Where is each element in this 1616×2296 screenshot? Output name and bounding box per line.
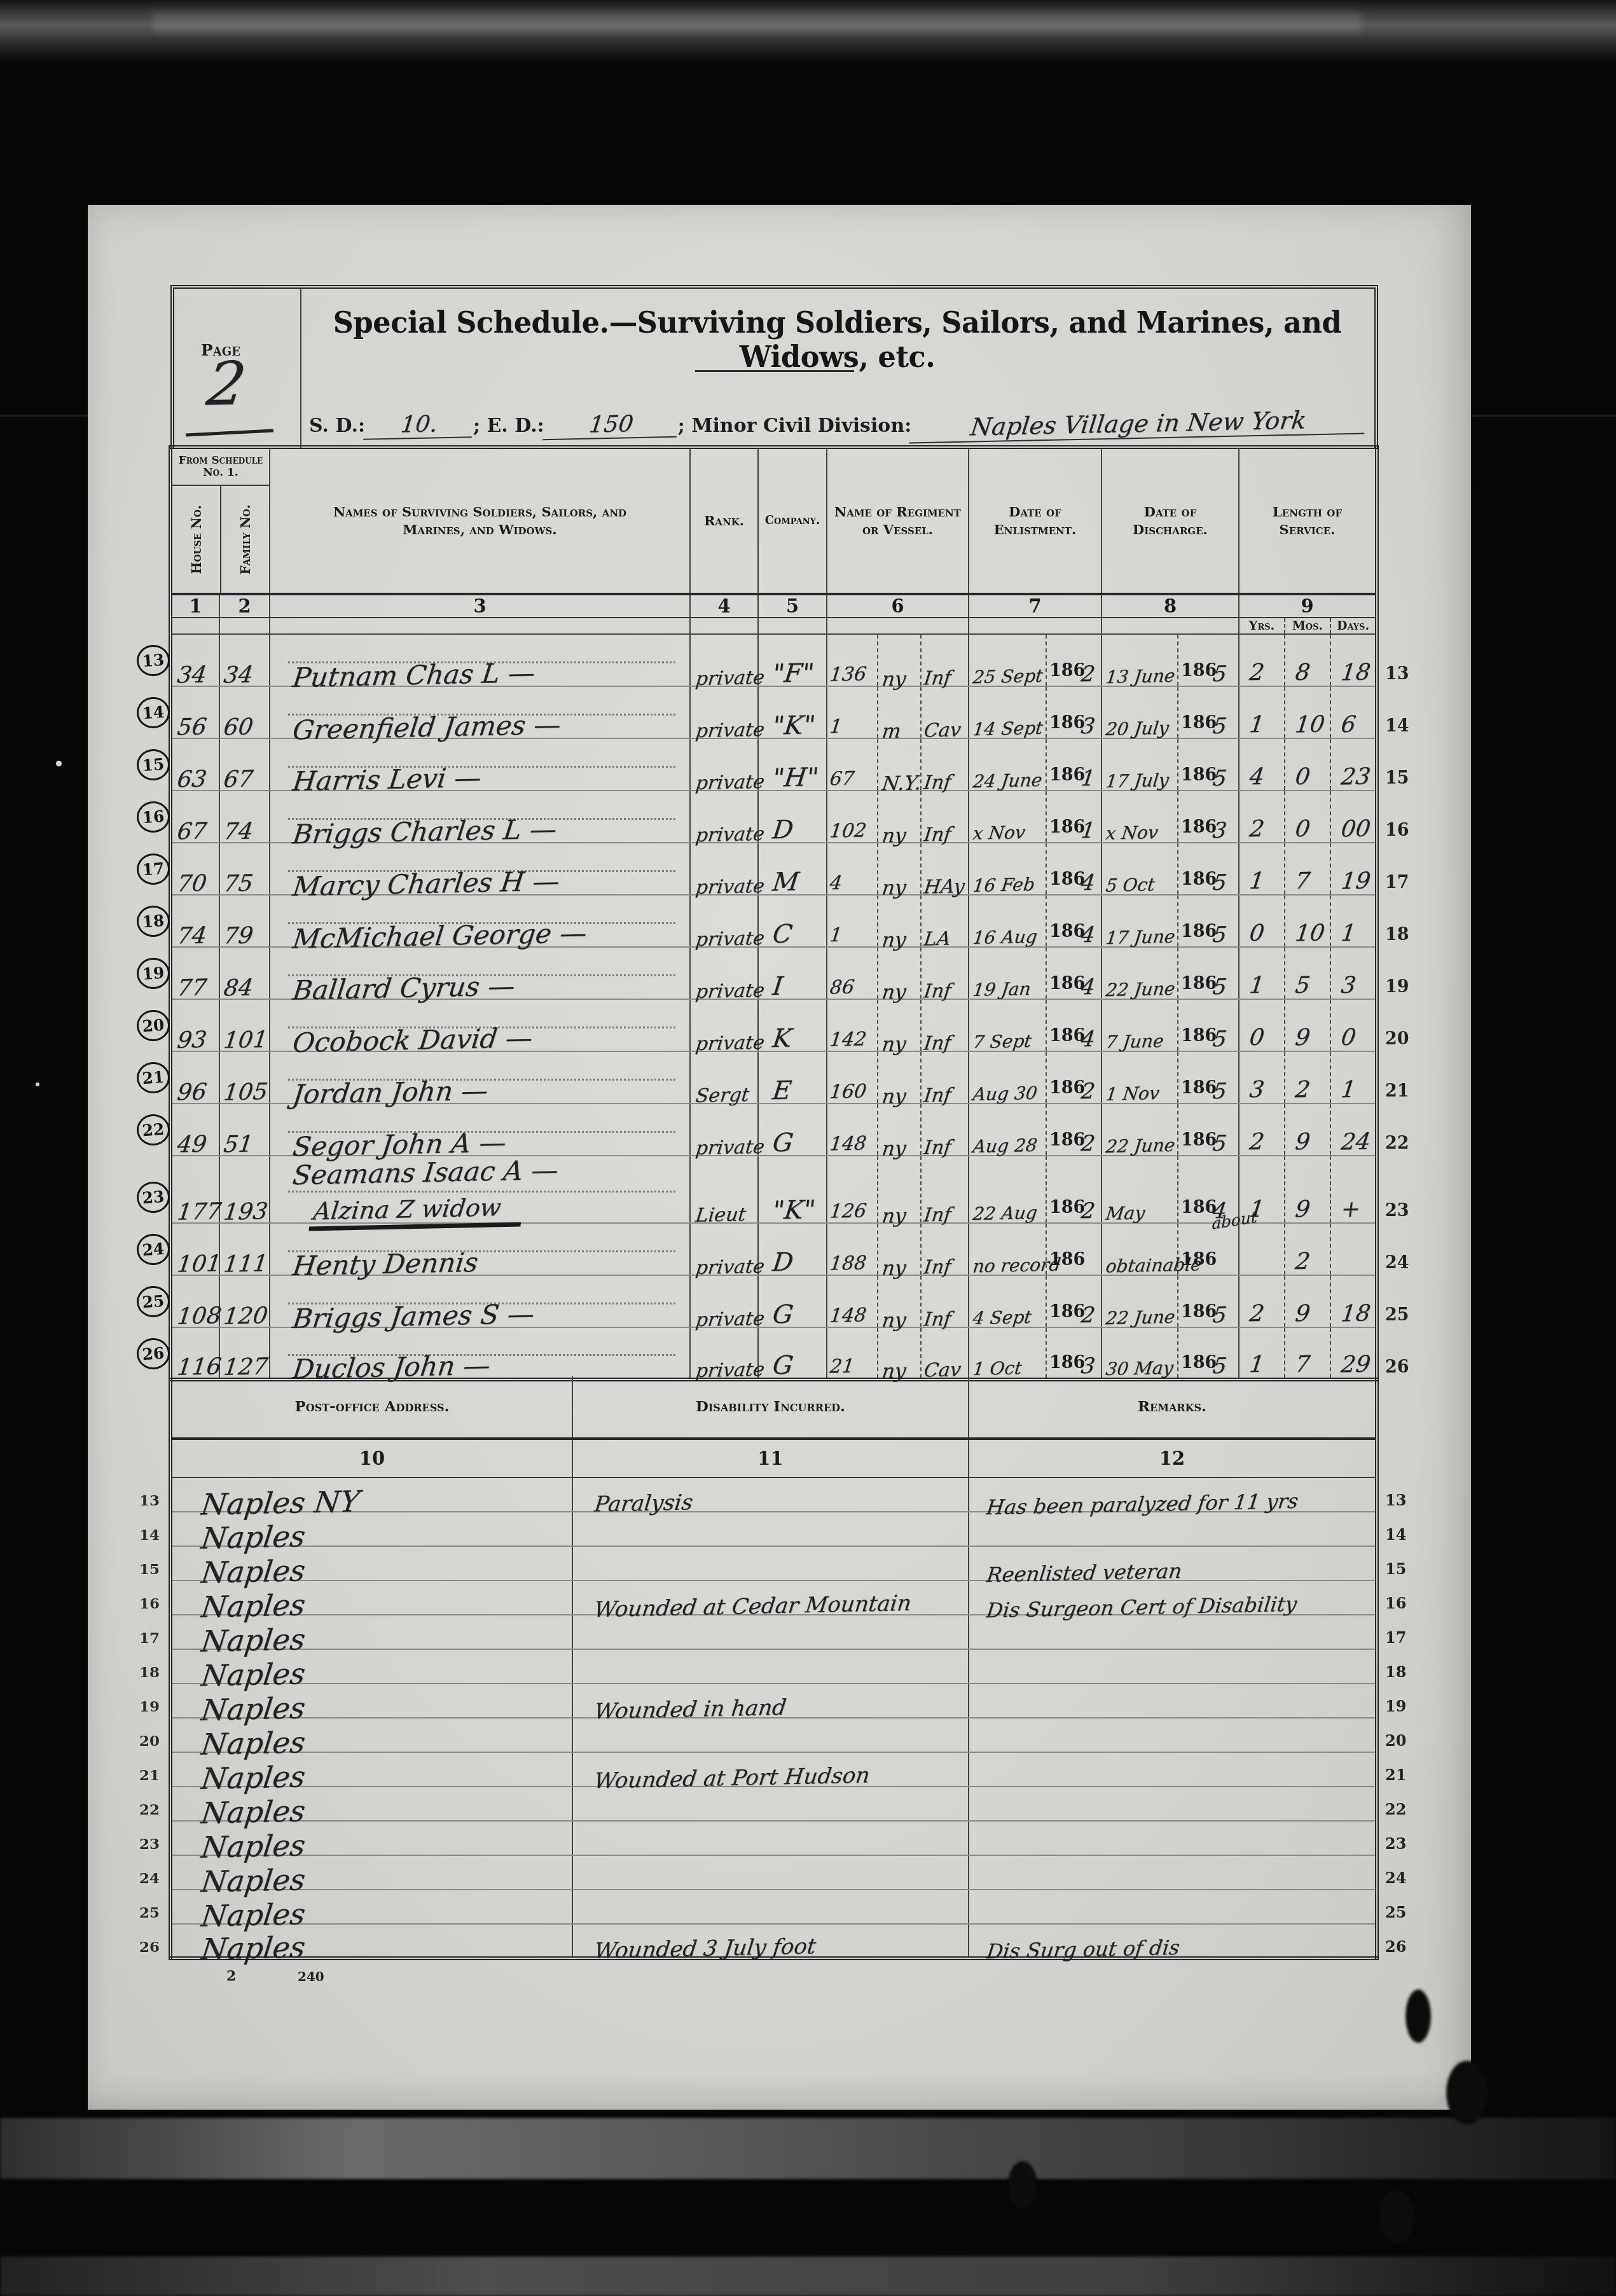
row-number-right: 20 — [1385, 1731, 1406, 1750]
discharge-date: x Nov — [1105, 822, 1159, 844]
service-days-cell: 18 — [1330, 1275, 1377, 1327]
soldier-name-cell: Greenfield James — — [270, 686, 690, 738]
company: D — [771, 1248, 795, 1278]
enlistment-year-digit: 3 — [1080, 714, 1096, 739]
family-no-cell: 127 — [219, 1327, 270, 1380]
soldier-name-cell: Harris Levi — — [270, 738, 690, 791]
regiment-number-cell: 148 — [827, 1103, 878, 1156]
enlistment-date: 25 Sept — [972, 665, 1044, 688]
house-no: 177 — [176, 1198, 223, 1225]
rank-cell: private — [690, 686, 758, 738]
remarks-cell — [969, 1821, 1377, 1855]
discharge-year-digit: 5 — [1212, 1353, 1228, 1379]
year-prefix: 186 — [1049, 817, 1085, 837]
address-row: 14 Naples 14 — [135, 1512, 1412, 1546]
rank-cell: private — [690, 634, 758, 686]
regiment-state-cell: ny — [878, 947, 921, 999]
regiment-branch-cell: Inf — [921, 1051, 969, 1103]
regiment-state-cell: ny — [878, 1223, 921, 1275]
rank-cell: Sergt — [690, 1051, 758, 1103]
service-years: 2 — [1248, 1301, 1266, 1327]
regiment-number-cell: 102 — [827, 791, 878, 843]
row-number-left: 20 — [139, 1732, 160, 1750]
rank-cell: private — [690, 1327, 758, 1380]
enlistment-day-cell: 22 Aug — [969, 1156, 1046, 1223]
page-number-underline — [186, 429, 273, 436]
post-office-address: Naples — [200, 1930, 308, 1966]
enlistment-day-cell: 14 Sept — [969, 686, 1046, 738]
service-years: 2 — [1248, 816, 1266, 842]
row-number-right: 18 — [1385, 925, 1409, 944]
family-no-cell: 34 — [219, 634, 270, 686]
post-office-address-cell: Naples — [170, 1615, 572, 1649]
service-days-cell: 3 — [1330, 947, 1377, 999]
left-gutter — [135, 447, 170, 634]
service-days: 1 — [1340, 1077, 1358, 1103]
service-months-cell: 2 — [1285, 1051, 1330, 1103]
row-number-left: 21 — [139, 1767, 160, 1784]
house-no-cell: 63 — [170, 738, 219, 791]
discharge-year-cell: 1865 — [1178, 738, 1239, 791]
row-number-right: 21 — [1385, 1766, 1406, 1784]
year-prefix: 186 — [1181, 869, 1217, 889]
soldier-name-cell: Seamans Isaac A — Alzina Z widow — [270, 1156, 690, 1223]
house-no-cell: 93 — [170, 999, 219, 1051]
house-no: 101 — [176, 1250, 223, 1277]
soldier-name-cell: Henty Dennis — [270, 1223, 690, 1275]
enlistment-date: Aug 30 — [972, 1082, 1039, 1105]
row-number-right: 16 — [1385, 1594, 1406, 1612]
family-no: 84 — [222, 975, 254, 1002]
family-no: 67 — [222, 766, 254, 793]
row-number-right: 16 — [1385, 820, 1409, 840]
veteran-row: 15 63 67 Harris Levi — private "H" 67 N.… — [135, 738, 1412, 791]
row-number-circled: 15 — [135, 748, 170, 782]
soldier-name-cell: Putnam Chas L — — [270, 634, 690, 686]
discharge-year-digit: 5 — [1212, 1079, 1228, 1104]
enlistment-date: 24 June — [972, 770, 1044, 792]
form-title: Special Schedule.—Surviving Soldiers, Sa… — [324, 305, 1351, 374]
enlistment-year-cell: 1864 — [1046, 895, 1102, 947]
regiment-number: 148 — [829, 1304, 868, 1327]
year-prefix: 186 — [1049, 765, 1085, 785]
remarks-cell: Dis Surg out of dis — [969, 1924, 1377, 1958]
discharge-year-cell: 1863 — [1178, 791, 1239, 843]
regiment-state-cell: ny — [878, 634, 921, 686]
row-number-right: 13 — [1385, 1491, 1406, 1509]
family-no-cell: 60 — [219, 686, 270, 738]
year-prefix: 186 — [1049, 922, 1085, 941]
discharge-year-digit: 5 — [1212, 1027, 1228, 1052]
page-cell: Page 2 — [174, 289, 301, 449]
veteran-row: 21 96 105 Jordan John — Sergt E 160 ny I… — [135, 1051, 1412, 1103]
service-years-cell: 1 — [1239, 843, 1285, 895]
enlistment-date: 14 Sept — [972, 717, 1044, 740]
enlistment-day-cell: 16 Aug — [969, 895, 1046, 947]
service-days-cell: 1 — [1330, 1051, 1377, 1103]
col-number-1: 1 — [170, 594, 219, 618]
discharge-day-cell: 22 June — [1102, 1275, 1178, 1327]
enlistment-year-cell: 1864 — [1046, 843, 1102, 895]
service-months: 7 — [1294, 1352, 1312, 1378]
scanned-document: Page 2 Special Schedule.—Surviving Soldi… — [0, 0, 1616, 2296]
disability-cell — [572, 1615, 969, 1649]
address-row: 26 Naples Wounded 3 July foot Dis Surg o… — [135, 1924, 1412, 1958]
address-remarks-table: Post-office Address. Disability Incurred… — [135, 1376, 1412, 1960]
house-no: 49 — [176, 1131, 208, 1158]
discharge-year-cell: 1865 — [1178, 1327, 1239, 1380]
discharge-year-digit: 5 — [1212, 1131, 1228, 1156]
service-days-cell: 24 — [1330, 1103, 1377, 1156]
service-days-cell: 6 — [1330, 686, 1377, 738]
post-office-address-cell: Naples — [170, 1855, 572, 1890]
row-number-right: 25 — [1385, 1903, 1406, 1921]
discharge-day-cell: May — [1102, 1156, 1178, 1223]
regiment-number: 67 — [829, 768, 855, 791]
post-office-address-cell: Naples — [170, 1890, 572, 1924]
house-no: 74 — [176, 923, 208, 950]
company-cell: C — [758, 895, 827, 947]
regiment-state-cell: ny — [878, 1103, 921, 1156]
col-number-6: 6 — [827, 594, 969, 618]
row-number-circled: 19 — [135, 957, 170, 990]
enlistment-day-cell: Aug 28 — [969, 1103, 1046, 1156]
company: G — [771, 1128, 795, 1158]
row-number-circled: 24 — [135, 1233, 170, 1266]
row-number-left: 13 — [139, 1492, 160, 1509]
service-months: 9 — [1294, 1025, 1312, 1051]
service-days-cell: 0 — [1330, 999, 1377, 1051]
service-years-cell: 2 — [1239, 1275, 1285, 1327]
disability-cell — [572, 1890, 969, 1924]
discharge-year-cell: 1865 — [1178, 1051, 1239, 1103]
discharge-date: 22 June — [1105, 1135, 1177, 1157]
row-number-left: 17 — [139, 1629, 160, 1647]
company: K — [771, 1024, 793, 1054]
regiment-number-cell: 4 — [827, 843, 878, 895]
house-no: 93 — [176, 1027, 208, 1054]
service-months: 9 — [1294, 1301, 1312, 1327]
service-days: 3 — [1340, 972, 1358, 999]
row-number-circled: 13 — [135, 644, 170, 677]
row-number-right: 17 — [1385, 873, 1409, 892]
mcd-label: ; Minor Civil Division: — [678, 415, 912, 437]
service-months-cell: 10 — [1285, 686, 1330, 738]
house-no: 63 — [176, 766, 208, 793]
enlistment-year-cell: 186 — [1046, 1223, 1102, 1275]
soldier-name: Seamans Isaac A — — [291, 1154, 560, 1191]
rank-cell: private — [690, 1223, 758, 1275]
company-header: Company. — [758, 447, 827, 594]
regiment-number: 188 — [829, 1252, 868, 1275]
enlistment-date: 16 Aug — [972, 926, 1039, 948]
regiment-number-cell: 160 — [827, 1051, 878, 1103]
row-number-left: 14 — [139, 1526, 160, 1544]
discharge-day-cell: 17 July — [1102, 738, 1178, 791]
regiment-state-cell: m — [878, 686, 921, 738]
company: M — [771, 868, 801, 897]
row-number-circled: 18 — [135, 904, 170, 938]
discharge-year-cell: 1865 — [1178, 895, 1239, 947]
service-years: 1 — [1248, 868, 1266, 894]
form-header: Page 2 Special Schedule.—Surviving Soldi… — [170, 285, 1378, 449]
enlistment-day-cell: Aug 30 — [969, 1051, 1046, 1103]
address-header: Post-office Address. — [170, 1376, 572, 1439]
discharge-date: 17 July — [1105, 770, 1170, 792]
regiment-number-cell: 67 — [827, 738, 878, 791]
col-number-12: 12 — [969, 1439, 1377, 1477]
company: C — [771, 920, 794, 950]
regiment-branch-cell: Inf — [921, 999, 969, 1051]
row-number-circled: 16 — [135, 800, 170, 834]
disability-cell: Wounded at Cedar Mountain — [572, 1580, 969, 1615]
house-no-cell: 101 — [170, 1223, 219, 1275]
service-days: 29 — [1340, 1352, 1372, 1378]
regiment-number: 160 — [829, 1080, 868, 1103]
regiment-number-cell: 136 — [827, 634, 878, 686]
house-no: 56 — [176, 714, 208, 741]
veteran-row: 13 34 34 Putnam Chas L — private "F" 136… — [135, 634, 1412, 686]
row-number-left: 15 — [139, 1561, 160, 1578]
service-years: 0 — [1248, 920, 1266, 946]
regiment-number-cell: 1 — [827, 895, 878, 947]
company: "F" — [771, 658, 815, 688]
discharge-year-digit: 5 — [1212, 1303, 1228, 1328]
company-cell: M — [758, 843, 827, 895]
regiment-header: Name of Regiment or Vessel. — [827, 447, 969, 594]
service-days: 24 — [1340, 1129, 1372, 1156]
enlistment-year-cell: 1861 — [1046, 791, 1102, 843]
regiment-number: 102 — [829, 819, 868, 842]
enlistment-year-digit: 2 — [1080, 1079, 1096, 1104]
soldier-name-cell: Jordan John — — [270, 1051, 690, 1103]
soldier-name-cell: Segor John A — — [270, 1103, 690, 1156]
rank-cell: private — [690, 1275, 758, 1327]
regiment-state-cell: N.Y. — [878, 738, 921, 791]
post-office-address-cell: Naples — [170, 1718, 572, 1752]
house-no-cell: 77 — [170, 947, 219, 999]
service-months: 0 — [1294, 816, 1312, 842]
regiment-state-cell: ny — [878, 1051, 921, 1103]
service-years-cell: about — [1239, 1223, 1285, 1275]
disability-cell: Wounded 3 July foot — [572, 1924, 969, 1958]
service-days-cell: + — [1330, 1156, 1377, 1223]
disability-cell — [572, 1512, 969, 1546]
enlistment-year-cell: 1862 — [1046, 1051, 1102, 1103]
discharge-date: 22 June — [1105, 1306, 1177, 1329]
family-no-cell: 111 — [219, 1223, 270, 1275]
from-schedule-header: From Schedule No. 1. — [172, 449, 269, 486]
company-cell: "H" — [758, 738, 827, 791]
discharge-date: 22 June — [1105, 978, 1177, 1000]
col-number-2: 2 — [219, 594, 270, 618]
scan-speck — [56, 761, 62, 766]
service-years: 4 — [1248, 764, 1266, 790]
regiment-branch-cell: Inf — [921, 1275, 969, 1327]
year-prefix: 186 — [1181, 765, 1217, 785]
year-prefix: 186 — [1181, 817, 1217, 837]
service-days: 0 — [1340, 1025, 1358, 1051]
soldier-name-cell: Briggs Charles L — — [270, 791, 690, 843]
address-row: 19 Naples Wounded in hand 19 — [135, 1684, 1412, 1718]
rank-cell: private — [690, 947, 758, 999]
family-no-cell: 74 — [219, 791, 270, 843]
regiment-branch-cell: Inf — [921, 947, 969, 999]
yrs-subheader: Yrs. — [1239, 618, 1285, 634]
row-number-left: 25 — [139, 1904, 160, 1921]
enlistment-year-digit: 2 — [1080, 1303, 1096, 1328]
service-months: 10 — [1294, 920, 1327, 947]
veteran-row: 14 56 60 Greenfield James — private "K" … — [135, 686, 1412, 738]
family-no-cell: 67 — [219, 738, 270, 791]
service-months: 10 — [1294, 712, 1327, 738]
company-cell: D — [758, 1223, 827, 1275]
row-number-right: 14 — [1385, 1525, 1406, 1544]
row-number-circled: 25 — [135, 1285, 170, 1318]
regiment-branch-cell: Inf — [921, 738, 969, 791]
regiment-number-cell: 126 — [827, 1156, 878, 1223]
row-number-circled: 17 — [135, 852, 170, 886]
regiment-number-cell: 86 — [827, 947, 878, 999]
year-prefix: 186 — [1181, 1026, 1217, 1046]
post-office-address-cell: Naples NY — [170, 1477, 572, 1512]
regiment-state-cell: ny — [878, 1327, 921, 1380]
sd-value-handwritten: 10. — [363, 410, 475, 440]
service-months: 9 — [1294, 1129, 1312, 1155]
remarks-cell — [969, 1512, 1377, 1546]
row-number-right: 15 — [1385, 768, 1409, 788]
enlistment-date: 16 Feb — [972, 874, 1036, 896]
regiment-branch-cell: Inf — [921, 1223, 969, 1275]
names-header: Names of Surviving Soldiers, Sailors, an… — [270, 447, 690, 594]
service-months: 8 — [1294, 660, 1312, 686]
scan-artifact-bottom-band — [0, 2118, 1616, 2179]
company-cell: "K" — [758, 686, 827, 738]
family-no: 34 — [222, 662, 254, 689]
remarks-cell — [969, 1890, 1377, 1924]
service-days-cell: 1 — [1330, 895, 1377, 947]
left-gutter — [135, 1376, 170, 1477]
rank-cell: private — [690, 791, 758, 843]
veteran-row: 24 101 111 Henty Dennis private D 188 ny… — [135, 1223, 1412, 1275]
family-no-cell: 193 — [219, 1156, 270, 1223]
company-cell: "F" — [758, 634, 827, 686]
discharge-day-cell: x Nov — [1102, 791, 1178, 843]
row-number-left: 22 — [139, 1801, 160, 1818]
row-number-right: 23 — [1385, 1834, 1406, 1853]
regiment-number-cell: 142 — [827, 999, 878, 1051]
remarks-cell — [969, 1855, 1377, 1890]
service-days-cell: 00 — [1330, 791, 1377, 843]
address-row: 17 Naples 17 — [135, 1615, 1412, 1649]
post-office-address-cell: Naples — [170, 1924, 572, 1958]
service-months: 9 — [1294, 1196, 1312, 1222]
rank-cell: Lieut — [690, 1156, 758, 1223]
company-cell: G — [758, 1103, 827, 1156]
service-years: 1 — [1248, 972, 1266, 999]
discharge-date: 13 June — [1105, 665, 1177, 688]
service-years-cell: 0 — [1239, 999, 1285, 1051]
service-months: 7 — [1294, 868, 1312, 894]
regiment-state-cell: ny — [878, 791, 921, 843]
enlistment-header: Date of Enlistment. — [969, 447, 1102, 594]
ink-blot — [1008, 2161, 1037, 2210]
discharge-header: Date of Discharge. — [1102, 447, 1239, 594]
disability-cell: Wounded at Port Hudson — [572, 1752, 969, 1787]
year-prefix: 186 — [1049, 1078, 1085, 1098]
disability-cell — [572, 1821, 969, 1855]
enlistment-date: x Nov — [972, 822, 1026, 844]
remarks-cell — [969, 1615, 1377, 1649]
row-number-right: 25 — [1385, 1305, 1409, 1325]
row-number-right: 19 — [1385, 977, 1409, 997]
row-number-left: 23 — [139, 1836, 160, 1853]
regiment-number: 148 — [829, 1132, 868, 1155]
service-days: 19 — [1340, 868, 1372, 895]
service-months-cell: 7 — [1285, 1327, 1330, 1380]
regiment-number: 1 — [829, 924, 843, 946]
regiment-number: 126 — [829, 1200, 868, 1222]
discharge-year-cell: 1865 — [1178, 947, 1239, 999]
regiment-number-cell: 1 — [827, 686, 878, 738]
remarks-cell — [969, 1752, 1377, 1787]
rank-header: Rank. — [690, 447, 758, 594]
title-rule — [695, 370, 854, 372]
disability-cell: Paralysis — [572, 1477, 969, 1512]
post-office-address-cell: Naples — [170, 1649, 572, 1684]
house-no-cell: 108 — [170, 1275, 219, 1327]
service-months-cell: 9 — [1285, 1156, 1330, 1223]
address-row: 18 Naples 18 — [135, 1649, 1412, 1684]
house-no-header: House No. — [189, 505, 204, 574]
right-gutter — [1377, 1376, 1412, 1477]
row-number-right: 17 — [1385, 1628, 1406, 1647]
regiment-branch-cell: Cav — [921, 1327, 969, 1380]
row-number-circled: 20 — [135, 1009, 170, 1042]
family-no-cell: 75 — [219, 843, 270, 895]
house-no-cell: 70 — [170, 843, 219, 895]
veteran-row: 17 70 75 Marcy Charles H — private M 4 n… — [135, 843, 1412, 895]
enlistment-year-cell: 1864 — [1046, 947, 1102, 999]
col-number-3: 3 — [270, 594, 690, 618]
enlistment-day-cell: x Nov — [969, 791, 1046, 843]
enlistment-date: 19 Jan — [972, 978, 1032, 1000]
regiment-number: 4 — [829, 872, 843, 894]
discharge-day-cell: 1 Nov — [1102, 1051, 1178, 1103]
house-no: 67 — [176, 819, 208, 845]
row-number-left: 24 — [139, 1870, 160, 1887]
service-years: 2 — [1248, 660, 1266, 686]
family-no: 79 — [222, 923, 254, 950]
regiment-number: 1 — [829, 716, 843, 738]
company-cell: "K" — [758, 1156, 827, 1223]
enlistment-day-cell: 19 Jan — [969, 947, 1046, 999]
sd-label: S. D.: — [309, 415, 365, 437]
col-number-10: 10 — [170, 1439, 572, 1477]
enlistment-year-cell: 1864 — [1046, 999, 1102, 1051]
house-no-cell: 34 — [170, 634, 219, 686]
remarks-cell: Has been paralyzed for 11 yrs — [969, 1477, 1377, 1512]
address-row: 22 Naples 22 — [135, 1787, 1412, 1821]
family-no: 75 — [222, 871, 254, 897]
veteran-row: 22 49 51 Segor John A — private G 148 ny… — [135, 1103, 1412, 1156]
enlistment-date: 4 Sept — [972, 1306, 1033, 1329]
service-years-cell: 2 — [1239, 1103, 1285, 1156]
soldier-name-cell: Marcy Charles H — — [270, 843, 690, 895]
veteran-row: 18 74 79 McMichael George — private C 1 … — [135, 895, 1412, 947]
enlistment-year-digit: 4 — [1080, 922, 1096, 948]
company: I — [771, 972, 784, 1001]
